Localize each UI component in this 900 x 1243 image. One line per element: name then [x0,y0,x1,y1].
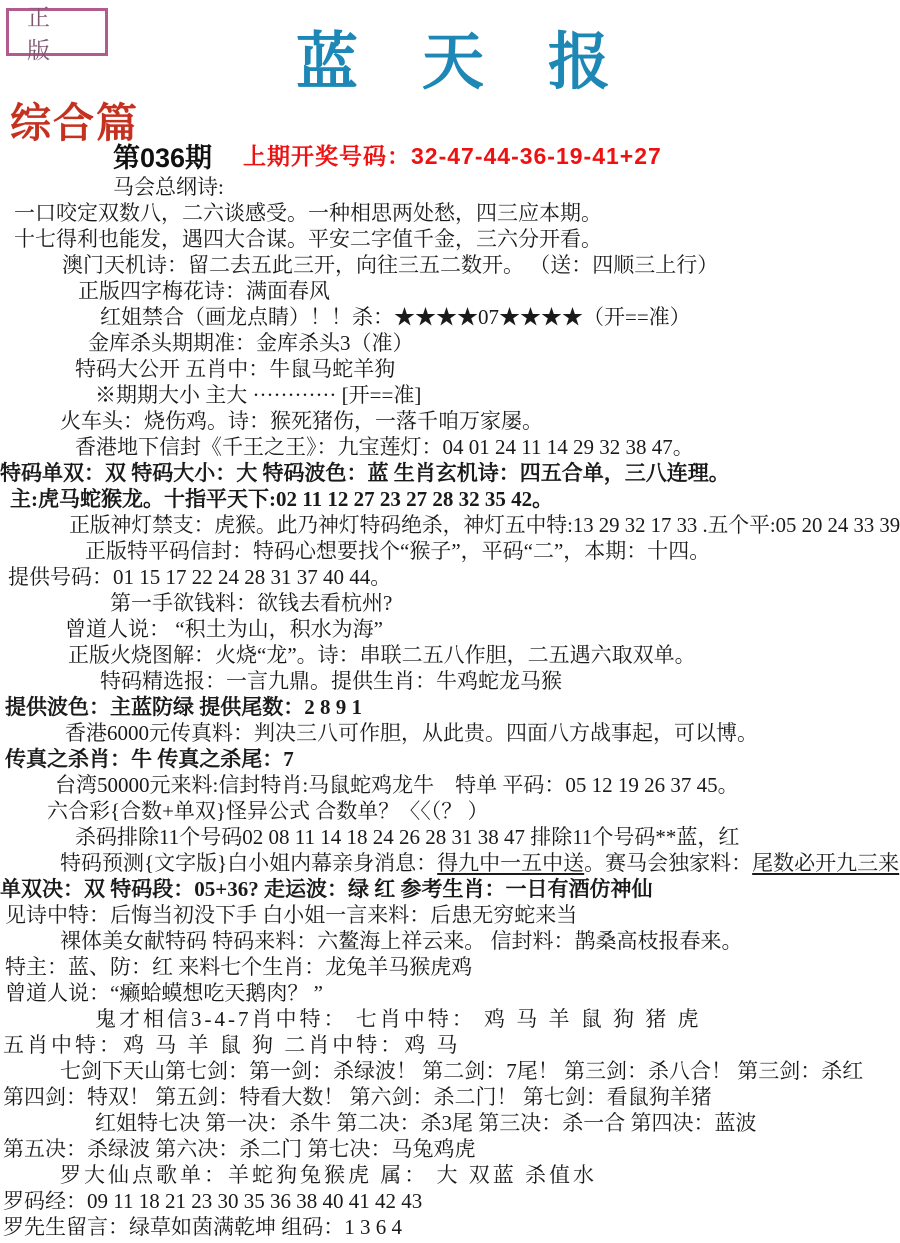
body-line-34: 七剑下天山第七剑：第一剑：杀绿波！ 第二剑：7尾！ 第三剑：杀八合！ 第三剑：杀… [0,1058,900,1084]
body-line-11: 特码单双：双 特码大小：大 特码波色：蓝 生肖玄机诗：四五合单，三八连理。 [0,460,900,486]
body-line-5: 红姐禁合（画龙点睛）！！杀：★★★★07★★★★（开==准） [0,304,900,330]
body-line-26: 特码预测{文字版}白小姐内幕亲身消息：得九中一五中送。赛马会独家料：尾数必开九三… [0,850,900,876]
body-line-23: 台湾50000元来料:信封特肖:马鼠蛇鸡龙牛 特单 平码：05 12 19 26… [0,772,900,798]
body-line-27: 单双决：双 特码段：05+36? 走运波：绿 红 参考生肖：一日有酒仿神仙 [0,876,900,902]
body-line-7: 特码大公开 五肖中：牛鼠马蛇羊狗 [0,356,900,382]
body-line-31: 曾道人说：“癞蛤蟆想吃天鹅肉？ ” [0,980,900,1006]
body-line-25: 杀码排除11个号码02 08 11 14 18 24 26 28 31 38 4… [0,824,900,850]
edition-badge-label: 正 版 [9,0,105,65]
body-line-segment: 得九中一五中送 [437,851,584,875]
body-line-35: 第四剑：特双！ 第五剑：特看大数！ 第六剑：杀二门！ 第七剑：看鼠狗羊猪 [0,1084,900,1110]
body-line-21: 香港6000元传真料：判决三八可作胆，从此贵。四面八方战事起，可以博。 [0,720,900,746]
body-line-40: 罗先生留言：绿草如茵满乾坤 组码：1 3 6 4 [0,1214,900,1240]
body-line-6: 金库杀头期期准：金库杀头3（准） [0,330,900,356]
body-line-24: 六合彩{合数+单双}怪异公式 合数单？〈〈（？ ） [0,798,900,824]
body-line-36: 红姐特七决 第一决：杀牛 第二决：杀3尾 第三决：杀一合 第四决：蓝波 [0,1110,900,1136]
body-line-37: 第五决：杀绿波 第六决：杀二门 第七决：马兔鸡虎 [0,1136,900,1162]
body-line-17: 曾道人说： “积土为山，积水为海” [0,616,900,642]
last-draw-numbers: 上期开奖号码：32-47-44-36-19-41+27 [243,138,662,171]
body-line-3: 澳门天机诗：留二去五此三开，向往三五二数开。 （送：四顺三上行） [0,252,900,278]
body-line-32: 鬼才相信3-4-7肖中特： 七肖中特： 鸡 马 羊 鼠 狗 猪 虎 [0,1006,900,1032]
body-line-12: 主:虎马蛇猴龙。十指平天下:02 11 12 27 23 27 28 32 35… [0,486,900,512]
body-line-20: 提供波色：主蓝防绿 提供尾数：2 8 9 1 [0,694,900,720]
body-line-14: 正版特平码信封：特码心想要找个“猴子”，平码“二”，本期：十四。 [0,538,900,564]
body-line-2: 十七得利也能发，遇四大合谋。平安二字值千金，三六分开看。 [0,226,900,252]
body-line-19: 特码精选报：一言九鼎。提供生肖：牛鸡蛇龙马猴 [0,668,900,694]
body-line-33: 五肖中特：鸡 马 羊 鼠 狗 二肖中特：鸡 马 [0,1032,900,1058]
body-line-10: 香港地下信封《千王之王》：九宝莲灯：04 01 24 11 14 29 32 3… [0,434,900,460]
body-text: 一口咬定双数八，二六谈感受。一种相思两处愁，四三应本期。十七得利也能发，遇四大合… [0,200,900,1240]
body-line-1: 一口咬定双数八，二六谈感受。一种相思两处愁，四三应本期。 [0,200,900,226]
body-line-13: 正版神灯禁支：虎猴。此乃神灯特码绝杀，神灯五中特:13 29 32 17 33 … [0,512,889,538]
body-line-segment: 尾数必开九三来 [752,851,899,875]
body-line-9: 火车头：烧伤鸡。诗：猴死猪伤，一落千咱万家屡。 [0,408,900,434]
newspaper-page: 正 版 蓝天报 综合篇 第036期 上期开奖号码：32-47-44-36-19-… [0,0,900,1243]
body-line-22: 传真之杀肖：牛 传真之杀尾：7 [0,746,900,772]
body-line-4: 正版四字梅花诗：满面春风 [0,278,900,304]
body-line-38: 罗大仙点歌单：羊蛇狗兔猴虎 属： 大 双蓝 杀值水 [0,1162,900,1188]
edition-badge: 正 版 [6,8,108,56]
body-line-segment: 。赛马会独家料： [584,851,752,875]
body-line-segment: 特码预测{文字版}白小姐内幕亲身消息： [60,851,437,875]
body-line-18: 正版火烧图解：火烧“龙”。诗：串联二五八作胆，二五遇六取双单。 [0,642,900,668]
body-line-28: 见诗中特：后悔当初没下手 白小姐一言来料：后患无穷蛇来当 [0,902,900,928]
body-line-16: 第一手欲钱料：欲钱去看杭州? [0,590,900,616]
body-line-30: 特主：蓝、防：红 来料七个生肖：龙兔羊马猴虎鸡 [0,954,900,980]
intro-label: 马会总纲诗: [113,171,224,201]
body-line-15: 提供号码：01 15 17 22 24 28 31 37 40 44。 [0,564,900,590]
paper-title: 蓝天报 [296,12,674,101]
body-line-8: ※期期大小 主大 ············ [开==准] [0,382,900,408]
issue-number: 第036期 [113,136,212,175]
body-line-29: 裸体美女献特码 特码来料：六鳌海上祥云来。 信封料：鹊桑高枝报春来。 [0,928,900,954]
body-line-39: 罗码经：09 11 18 21 23 30 35 36 38 40 41 42 … [0,1188,900,1214]
